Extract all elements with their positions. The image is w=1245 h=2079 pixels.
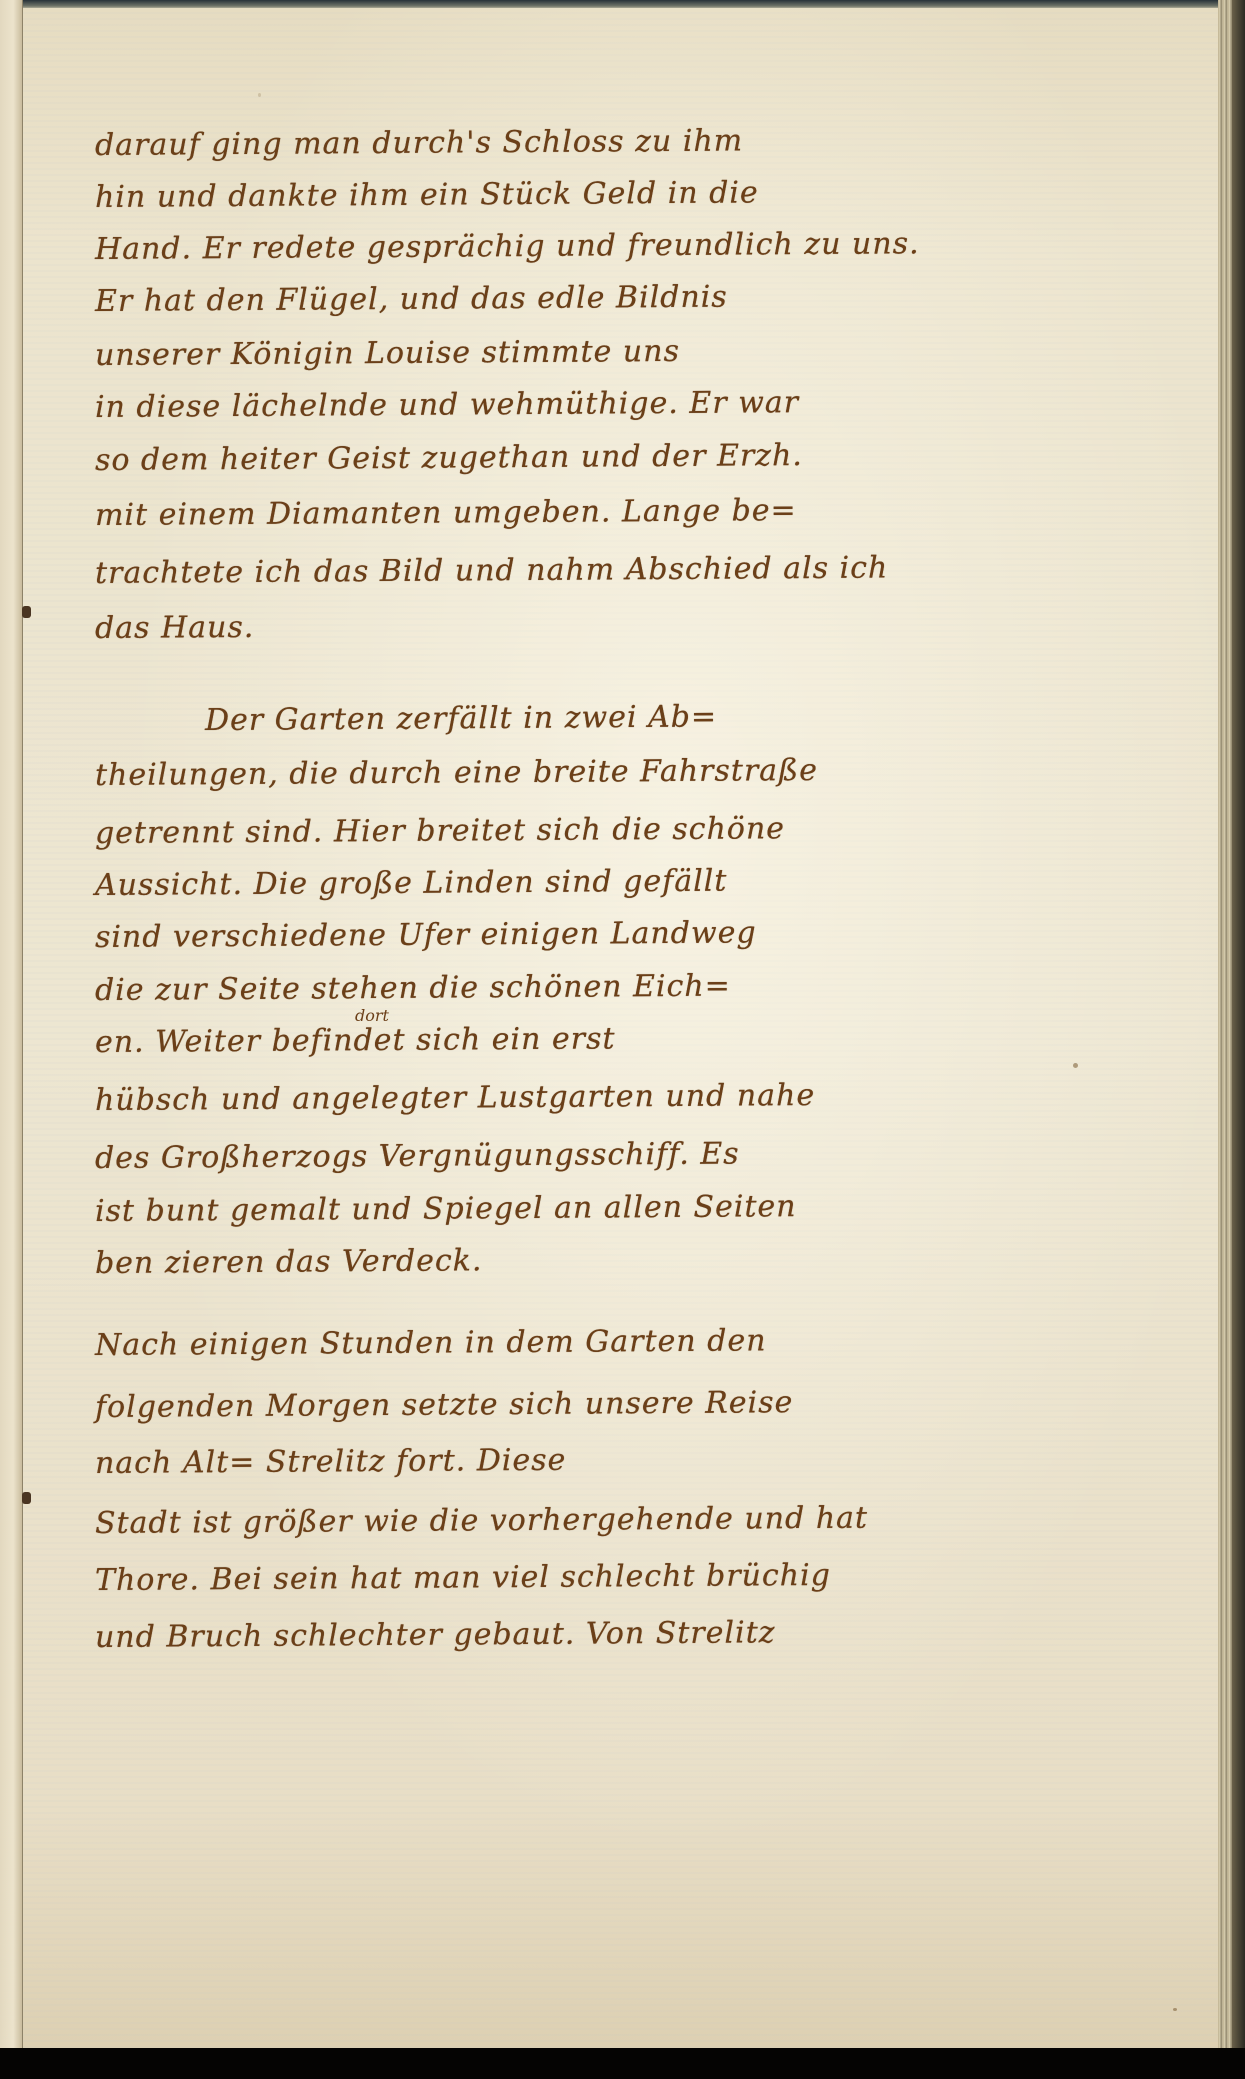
text-line: mit einem Diamanten umgeben. Lange be= — [95, 493, 797, 533]
text-line: so dem heiter Geist zugethan und der Erz… — [95, 438, 803, 478]
text-line: Stadt ist größer wie die vorhergehende u… — [95, 1501, 868, 1541]
text-line: und Bruch schlechter gebaut. Von Strelit… — [95, 1615, 776, 1655]
text-line: des Großherzogs Vergnügungsschiff. Es — [95, 1137, 740, 1176]
text-line: hübsch und angelegter Lustgarten und nah… — [95, 1078, 815, 1118]
text-line: in diese lächelnde und wehmüthige. Er wa… — [95, 385, 799, 425]
paragraph-start-line: Der Garten zerfällt in zwei Ab= — [205, 699, 717, 738]
scan-bottom-border — [0, 2048, 1245, 2079]
text-line: das Haus. — [95, 610, 255, 646]
text-line: darauf ging man durch's Schloss zu ihm — [95, 123, 743, 163]
text-line: ben zieren das Verdeck. — [95, 1243, 483, 1281]
text-line: nach Alt= Strelitz fort. Diese — [95, 1443, 567, 1481]
text-line: die zur Seite stehen die schönen Eich= — [95, 969, 731, 1008]
text-line: unserer Königin Louise stimmte uns — [95, 334, 680, 373]
text-line: en. Weiter befindet sich ein erst — [95, 1021, 616, 1060]
paragraph-start-line: Nach einigen Stunden in dem Garten den — [95, 1323, 767, 1363]
text-line: sind verschiedene Ufer einigen Landweg — [95, 915, 757, 955]
binding-stitch — [22, 1492, 31, 1504]
interlinear-insertion: dort — [355, 1006, 389, 1025]
text-line: trachtete ich das Bild und nahm Abschied… — [95, 550, 889, 591]
binding-stitch — [22, 606, 31, 618]
page-block-shadow — [1232, 0, 1245, 2048]
foxing-spot — [258, 93, 261, 97]
text-line: getrennt sind. Hier breitet sich die sch… — [95, 811, 785, 851]
text-line: hin und dankte ihm ein Stück Geld in die — [95, 175, 759, 215]
binding-stub — [0, 0, 23, 2048]
text-line: theilungen, die durch eine breite Fahrst… — [95, 753, 818, 793]
text-line: Aussicht. Die große Linden sind gefällt — [95, 864, 728, 903]
text-line: Hand. Er redete gesprächig und freundlic… — [95, 226, 920, 267]
text-line: Er hat den Flügel, und das edle Bildnis — [95, 280, 728, 319]
text-line: ist bunt gemalt und Spiegel an allen Sei… — [95, 1189, 797, 1229]
text-line: Thore. Bei sein hat man viel schlecht br… — [95, 1558, 831, 1598]
foxing-spot — [1073, 1063, 1078, 1068]
foxing-spot — [1173, 2008, 1177, 2011]
scanned-page: darauf ging man durch's Schloss zu ihm h… — [0, 0, 1245, 2048]
text-line: folgenden Morgen setzte sich unsere Reis… — [95, 1385, 794, 1425]
